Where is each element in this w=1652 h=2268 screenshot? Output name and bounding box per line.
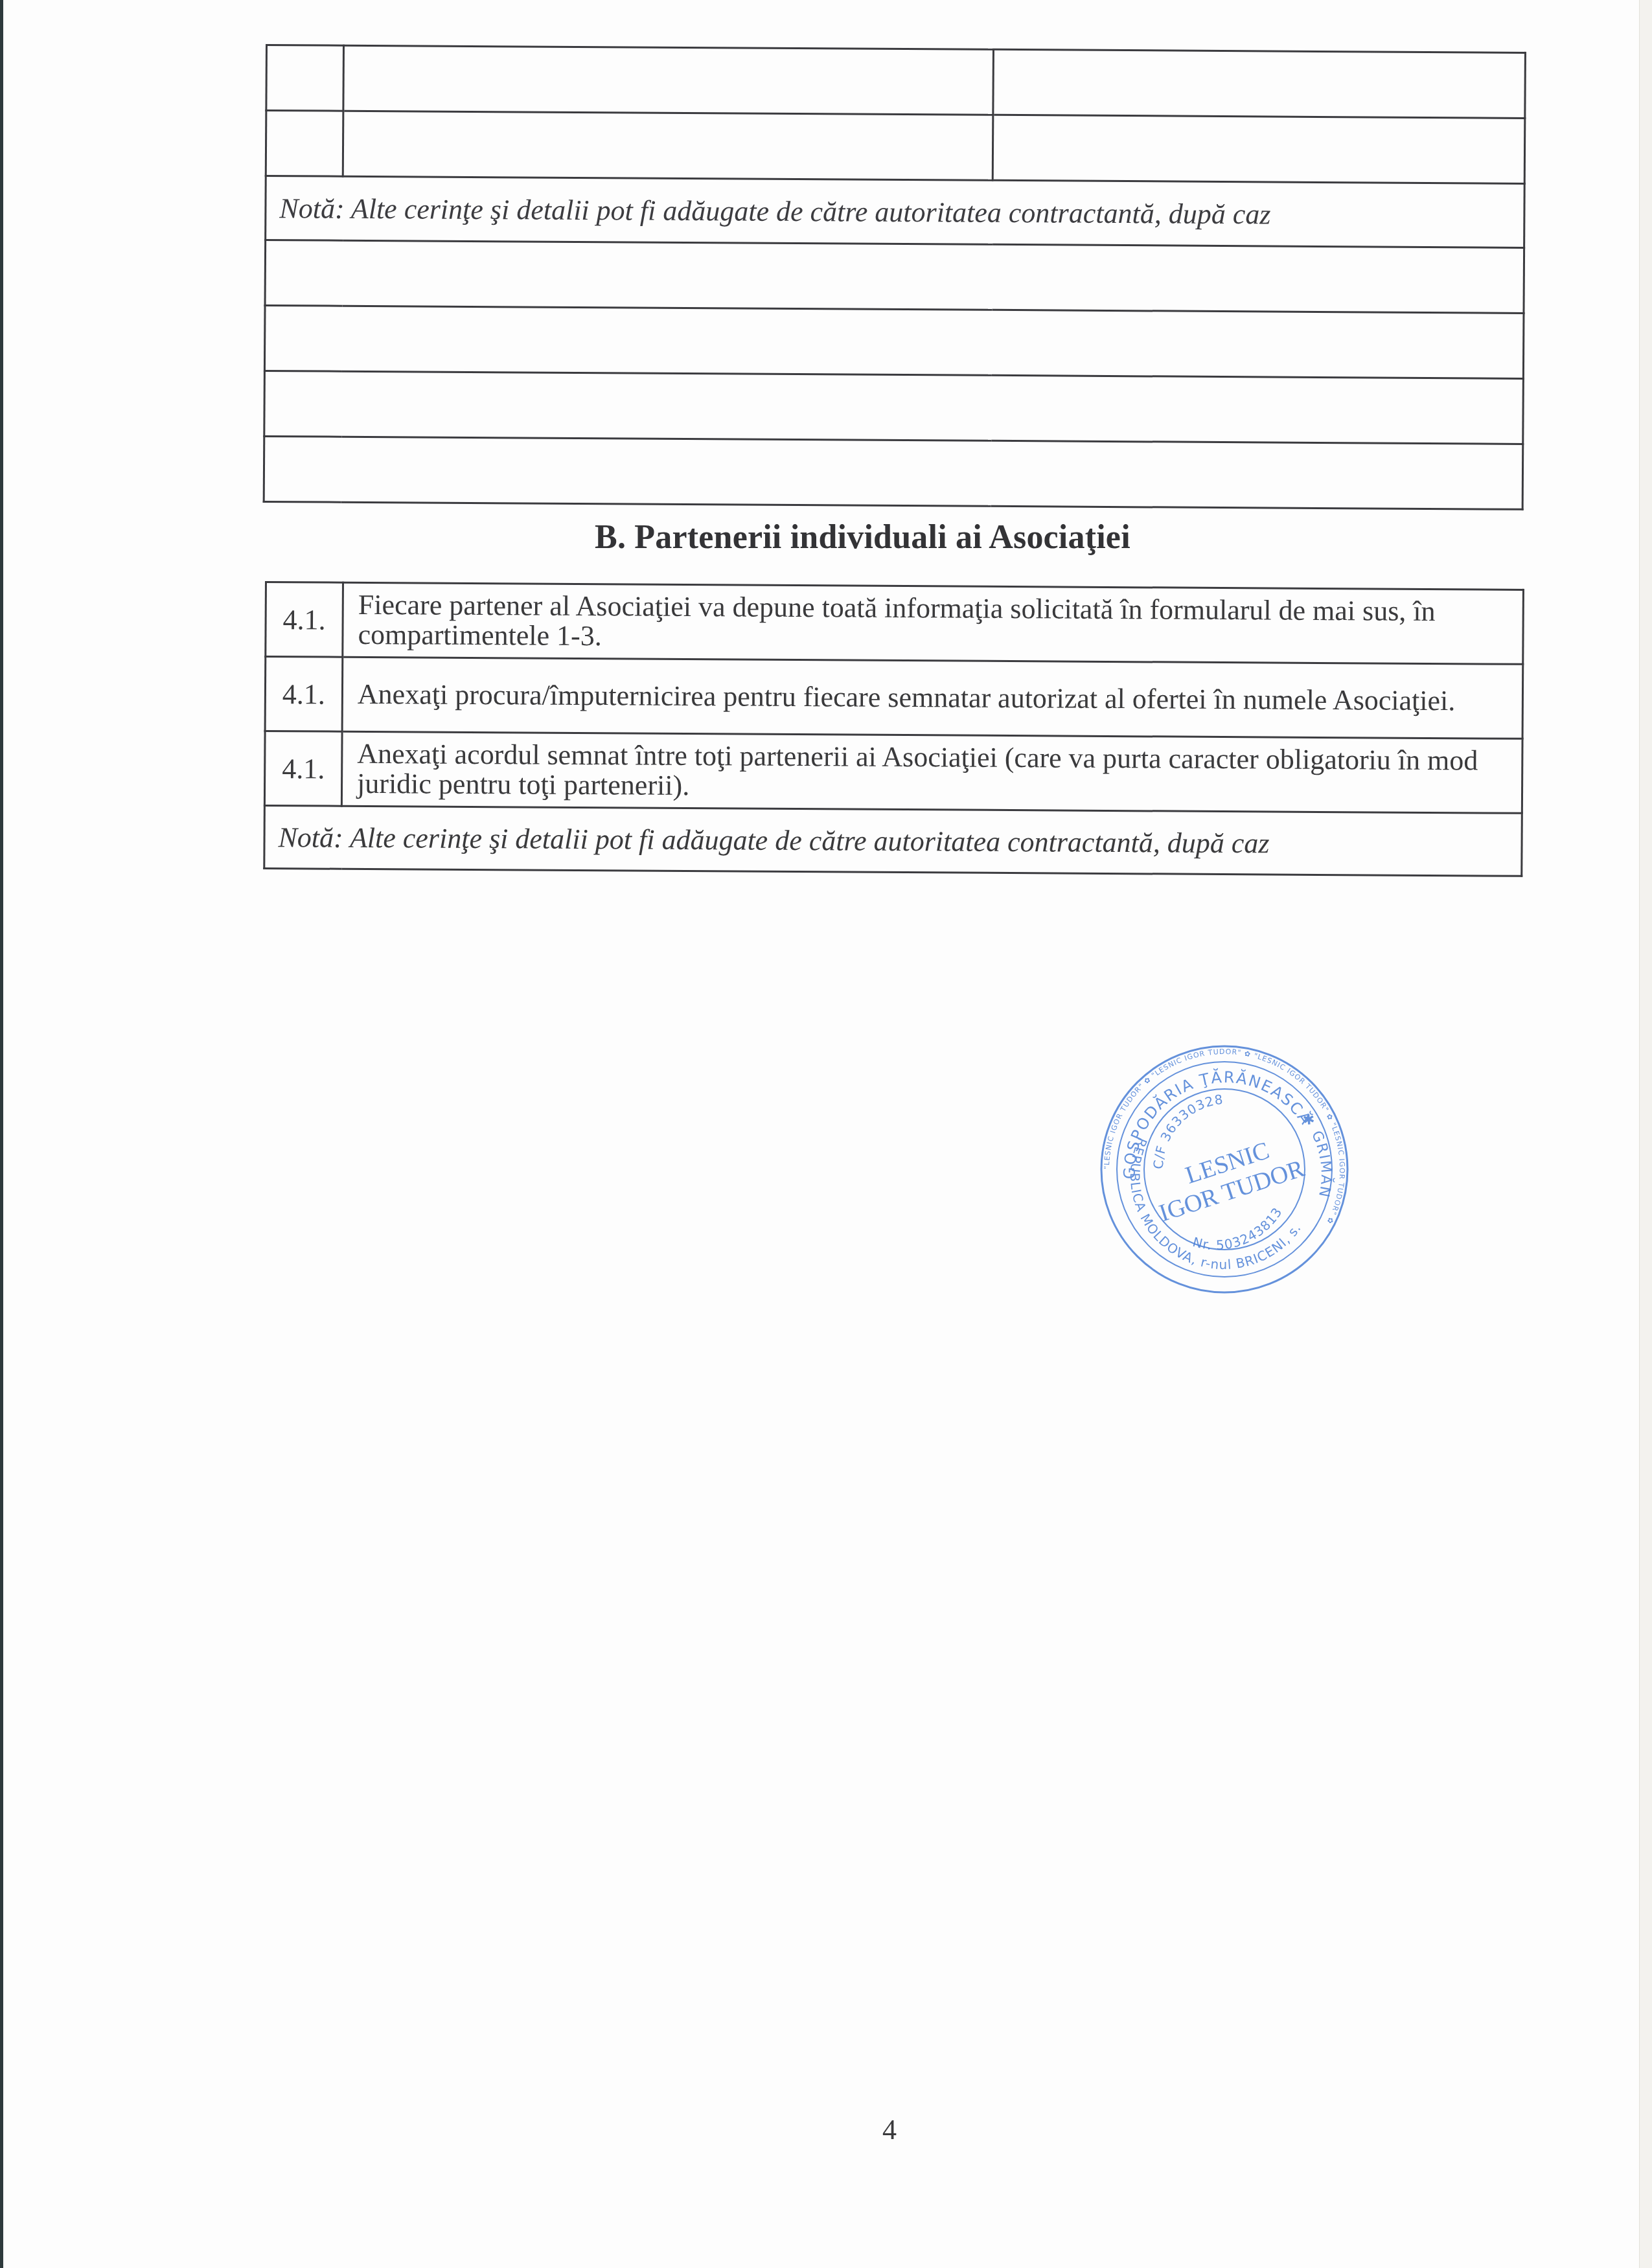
row-number: 4.1. — [266, 582, 343, 658]
table-cell — [992, 115, 1525, 183]
table-cell — [343, 111, 993, 180]
table-cell — [993, 49, 1526, 118]
table-row — [264, 306, 1524, 379]
table-cell — [343, 45, 994, 115]
row-text: Anexaţi procura/împuternicirea pentru fi… — [342, 657, 1523, 739]
table-cell — [266, 45, 344, 111]
table-note: Notă: Alte cerinţe şi detalii pot fi adă… — [266, 176, 1525, 248]
scan-right-edge — [1639, 0, 1652, 2268]
table-row — [264, 436, 1523, 509]
table-cell — [266, 111, 343, 177]
table-row — [265, 240, 1524, 314]
table-row — [266, 45, 1526, 119]
table-cell — [264, 436, 1523, 509]
section-heading: B. Partenerii individuali ai Asociaţiei — [595, 518, 1130, 556]
table-note-row: Notă: Alte cerinţe şi detalii pot fi adă… — [266, 176, 1525, 248]
table-note-row: Notă: Alte cerinţe şi detalii pot fi adă… — [264, 806, 1522, 876]
row-number: 4.1. — [265, 657, 343, 732]
requirements-table-a: Notă: Alte cerinţe şi detalii pot fi adă… — [263, 44, 1526, 510]
table-cell — [264, 371, 1524, 444]
row-number: 4.1. — [264, 731, 342, 807]
partners-requirements-table: 4.1. Fiecare partener al Asociaţiei va d… — [263, 581, 1524, 877]
table-row: 4.1. Anexaţi acordul semnat între toţi p… — [264, 731, 1522, 814]
row-text: Fiecare partener al Asociaţiei va depune… — [343, 582, 1524, 664]
table-row — [266, 111, 1525, 184]
page-number: 4 — [882, 2113, 897, 2146]
row-text: Anexaţi acordul semnat între toţi parten… — [341, 731, 1522, 813]
table-row — [264, 371, 1524, 444]
table-cell — [264, 306, 1524, 379]
table-row: 4.1. Anexaţi procura/împuternicirea pent… — [265, 657, 1523, 739]
company-stamp: "LESNIC IGOR TUDOR" ✿ "LESNIC IGOR TUDOR… — [1095, 1040, 1354, 1299]
table-note: Notă: Alte cerinţe şi detalii pot fi adă… — [264, 806, 1522, 876]
table-cell — [265, 240, 1524, 314]
table-row: 4.1. Fiecare partener al Asociaţiei va d… — [266, 582, 1524, 665]
